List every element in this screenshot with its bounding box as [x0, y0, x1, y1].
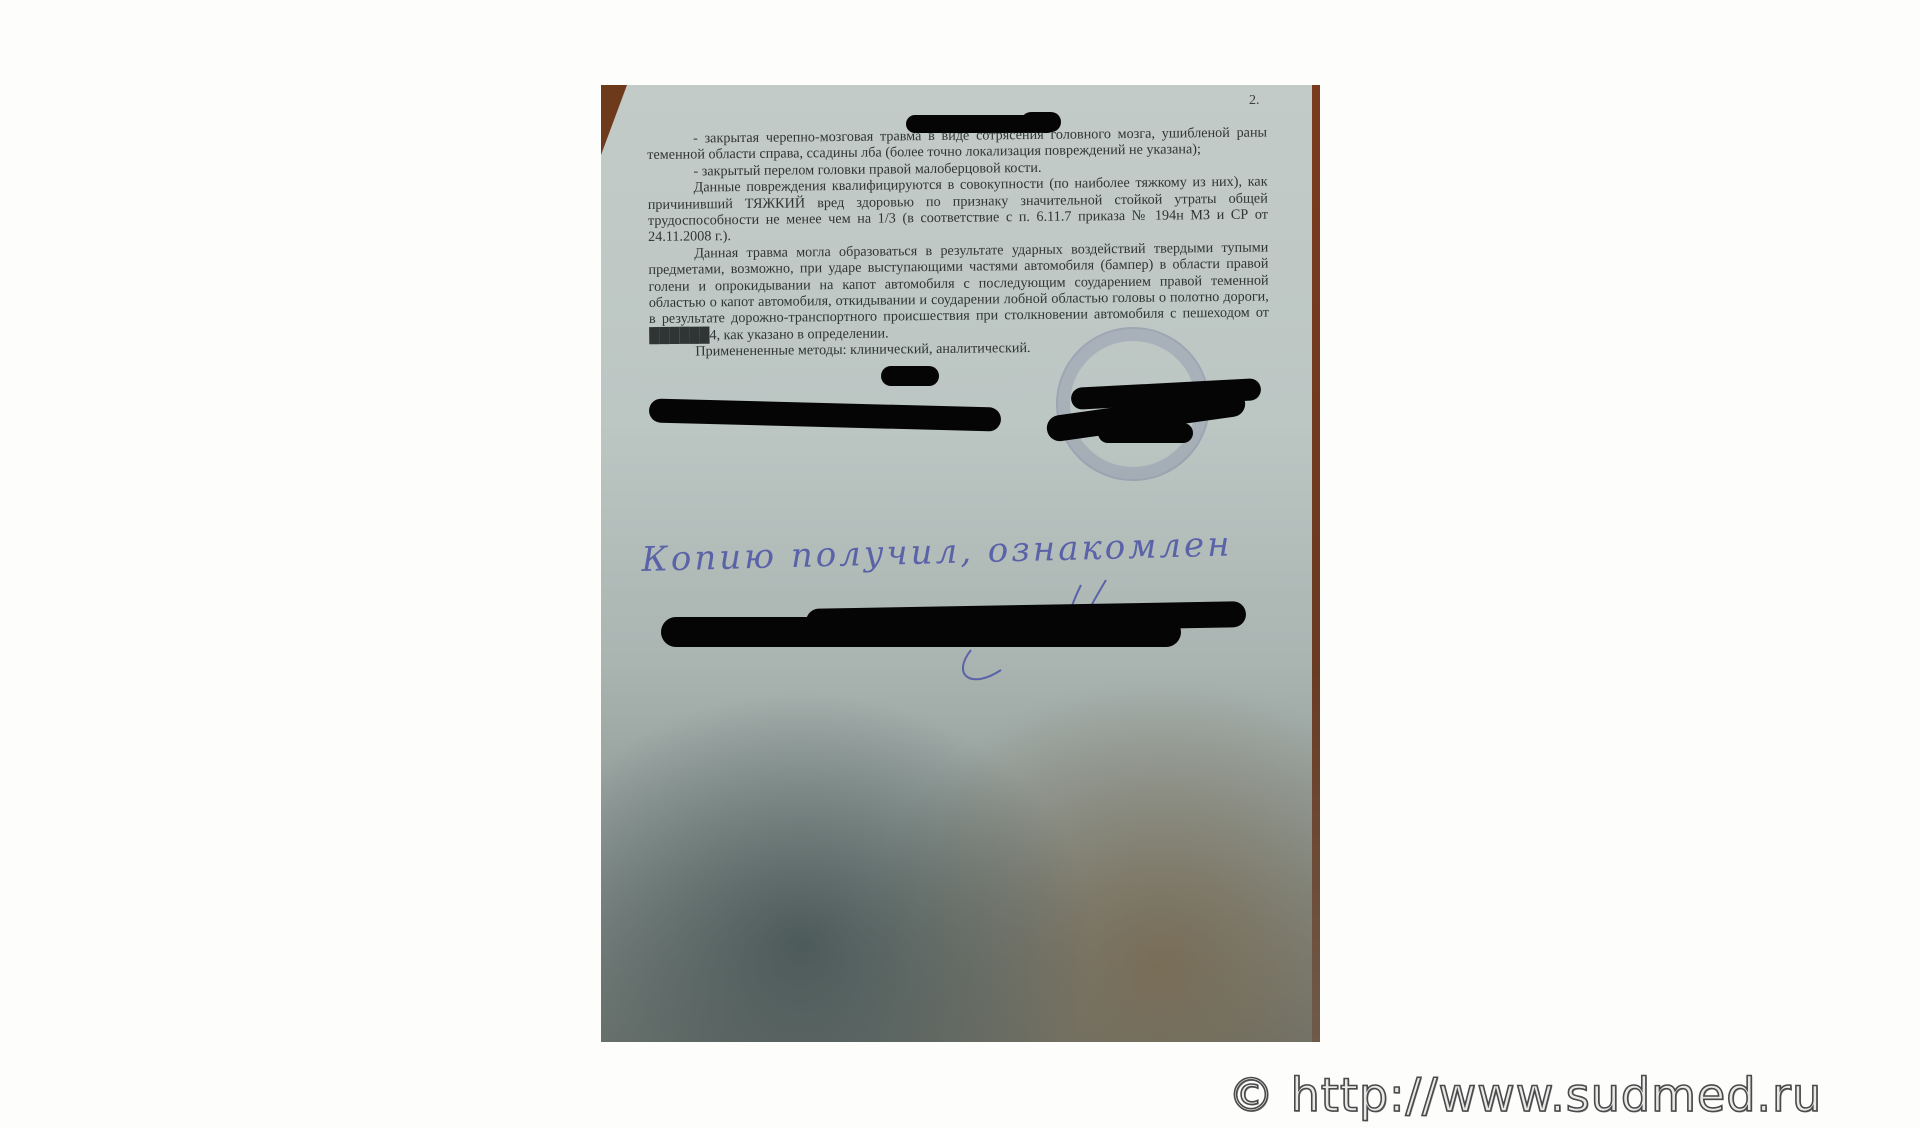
document-body: - закрытая черепно-мозговая травма в вид… [647, 125, 1269, 361]
redacted-date [881, 366, 939, 386]
watermark: © http://www.sudmed.ru [1228, 1068, 1822, 1122]
page-number: 2. [1249, 93, 1260, 109]
paragraph-injury-head: - закрытая черепно-мозговая травма в вид… [647, 125, 1267, 164]
table-corner [601, 85, 627, 155]
table-edge [1312, 85, 1320, 1042]
handwritten-note: Копию получил, ознакомлен [641, 525, 1233, 580]
document-photo: 2. - закрытая черепно-мозговая травма в … [601, 85, 1320, 1042]
redacted-signature-left [649, 398, 1002, 431]
paragraph-qualification: Данные повреждения квалифицируются в сов… [648, 174, 1269, 246]
redacted-name-2 [661, 617, 1181, 647]
redacted-signature-right-3 [1098, 423, 1193, 443]
paragraph-mechanism: Данная травма могла образоваться в резул… [648, 239, 1269, 344]
